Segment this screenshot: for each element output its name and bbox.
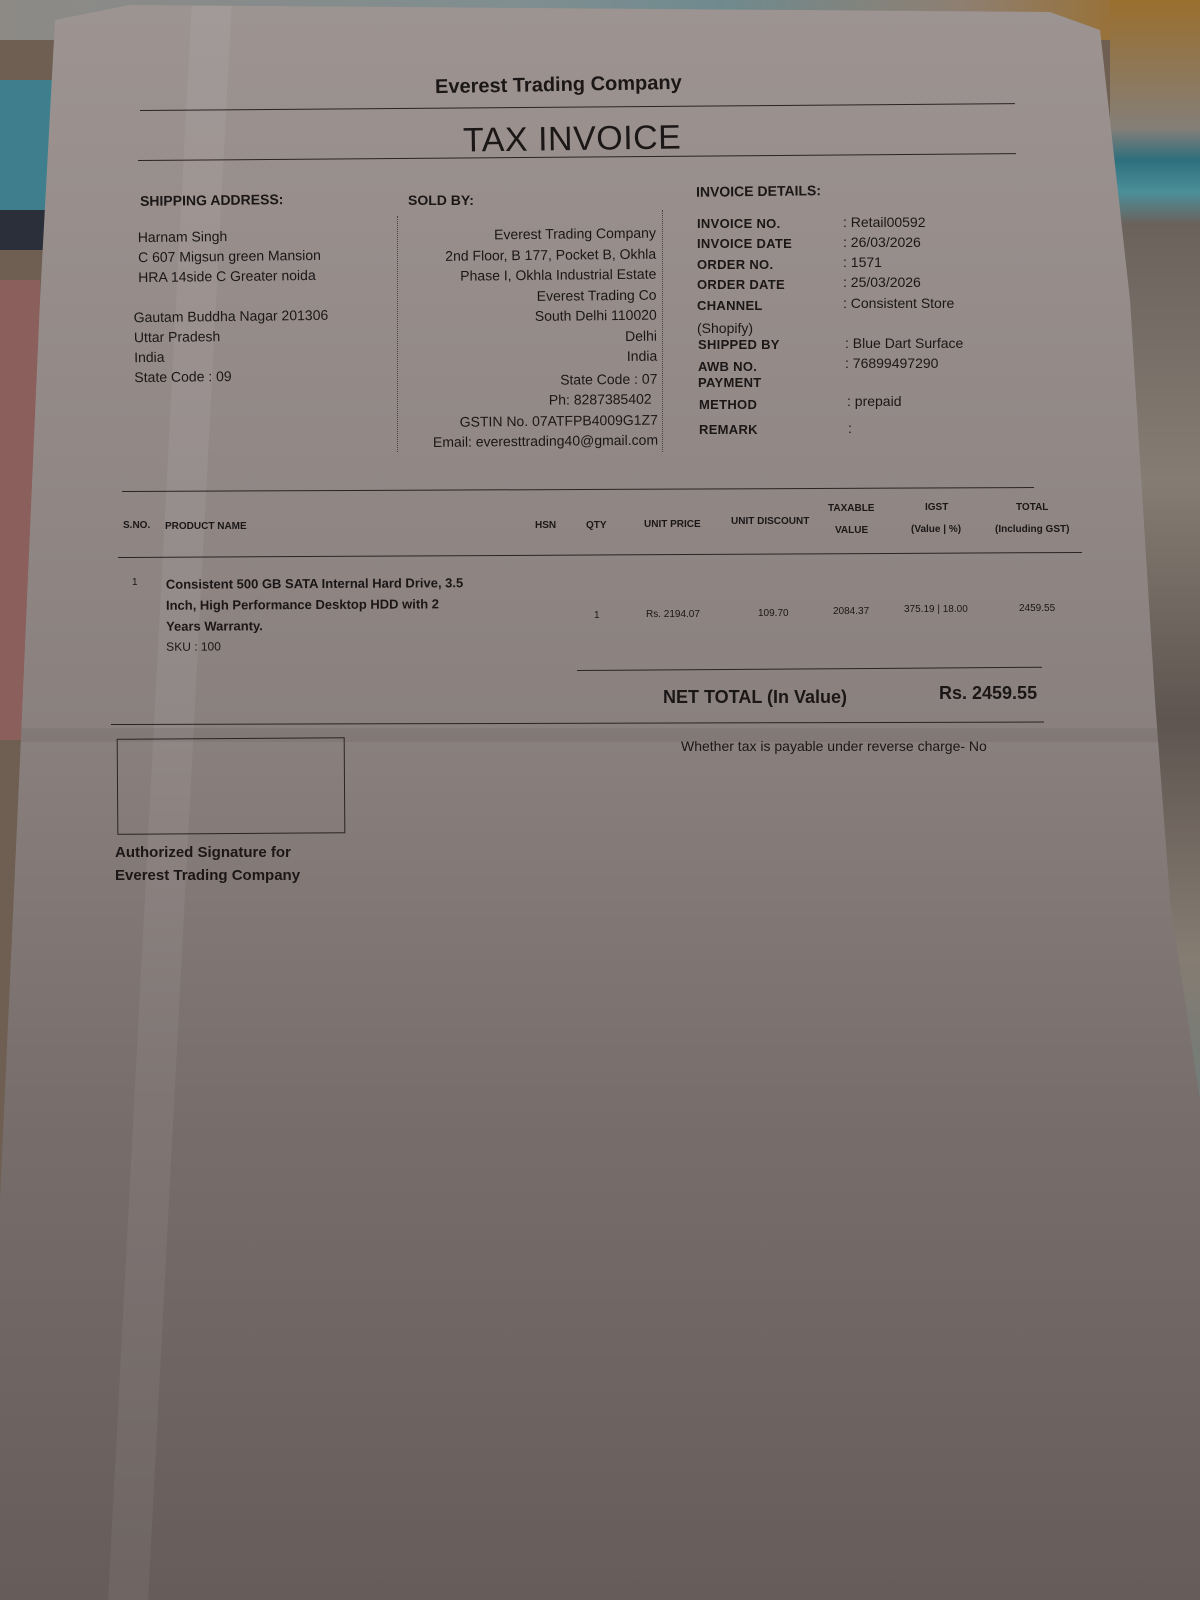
shipping-address-heading: SHIPPING ADDRESS: <box>140 191 284 209</box>
sold-by-heading: SOLD BY: <box>408 192 474 208</box>
col-total-line1: TOTAL <box>1016 502 1048 513</box>
col-unit-discount: UNIT DISCOUNT <box>731 516 809 527</box>
shipped-by-value: : Blue Dart Surface <box>845 335 963 351</box>
col-taxable-line1: TAXABLE <box>828 503 874 514</box>
awb-no-value: : 76899497290 <box>845 355 938 371</box>
net-total-rule-top <box>577 667 1042 671</box>
shipping-address-block-2: Gautam Buddha Nagar 201306 Uttar Pradesh… <box>134 305 330 387</box>
invoice-no-label: INVOICE NO. <box>697 216 780 231</box>
net-total-value: Rs. 2459.55 <box>939 683 1037 704</box>
shipped-by-label: SHIPPED BY <box>698 337 780 352</box>
remark-label: REMARK <box>699 422 758 437</box>
company-name-header: Everest Trading Company <box>435 72 682 99</box>
channel-value: : Consistent Store <box>843 295 954 311</box>
address-city-pin: Gautam Buddha Nagar 201306 <box>134 305 329 327</box>
seller-line: Everest Trading Company <box>394 223 656 246</box>
row-igst: 375.19 | 18.00 <box>904 604 968 615</box>
payment-method-value: : prepaid <box>847 393 901 409</box>
seller-line: 2nd Floor, B 177, Pocket B, Okhla <box>394 243 656 266</box>
net-total-label: NET TOTAL (In Value) <box>663 687 847 708</box>
seller-line: Phase I, Okhla Industrial Estate <box>394 264 656 287</box>
invoice-details-heading: INVOICE DETAILS: <box>696 182 821 200</box>
seller-line: Everest Trading Co <box>394 284 656 307</box>
channel-suffix: (Shopify) <box>697 320 753 336</box>
document-title: TAX INVOICE <box>463 118 682 160</box>
row-sno: 1 <box>132 577 138 588</box>
seller-phone: Ph: 8287385402 <box>396 389 658 412</box>
seller-line: Delhi <box>395 325 657 348</box>
product-name-line3: Years Warranty. <box>166 614 464 637</box>
seller-line: South Delhi 110020 <box>395 305 657 328</box>
row-qty: 1 <box>594 610 600 621</box>
row-unit-price: Rs. 2194.07 <box>646 609 700 620</box>
table-rule-header <box>118 552 1082 558</box>
col-igst-line2: (Value | %) <box>911 524 961 535</box>
invoice-date-value: : 26/03/2026 <box>843 234 921 250</box>
order-no-label: ORDER NO. <box>697 257 773 272</box>
signature-box <box>117 737 346 835</box>
row-product-name: Consistent 500 GB SATA Internal Hard Dri… <box>166 572 464 658</box>
seller-email: Email: everesttrading40@gmail.com <box>396 430 658 453</box>
net-total-rule-bottom <box>111 722 1044 725</box>
signature-label-line2: Everest Trading Company <box>115 864 300 887</box>
sold-by-right-divider <box>662 210 663 452</box>
col-total-line2: (Including GST) <box>995 524 1069 535</box>
product-name-line2: Inch, High Performance Desktop HDD with … <box>166 593 464 616</box>
col-taxable-line2: VALUE <box>835 525 868 536</box>
awb-no-label: AWB NO. <box>698 359 757 374</box>
remark-value: : <box>848 420 852 436</box>
channel-label: CHANNEL <box>697 298 763 313</box>
seller-line: India <box>395 346 657 369</box>
customer-name: Harnam Singh <box>138 225 321 247</box>
header-rule-top <box>140 103 1015 111</box>
col-qty: QTY <box>586 520 607 531</box>
product-sku: SKU : 100 <box>166 635 464 658</box>
payment-label-line2: METHOD <box>699 397 757 412</box>
col-unit-price: UNIT PRICE <box>644 519 701 530</box>
seller-gstin: GSTIN No. 07ATFPB4009G1Z7 <box>396 409 658 432</box>
signature-label-line1: Authorized Signature for <box>115 841 300 864</box>
order-date-label: ORDER DATE <box>697 277 785 292</box>
payment-label-line1: PAYMENT <box>698 375 762 390</box>
address-state: Uttar Pradesh <box>134 325 329 347</box>
row-taxable-value: 2084.37 <box>833 606 869 617</box>
col-igst-line1: IGST <box>925 502 948 513</box>
table-rule-top <box>122 487 1034 492</box>
invoice-paper: Everest Trading Company TAX INVOICE SHIP… <box>0 0 1200 1600</box>
sold-by-block: Everest Trading Company 2nd Floor, B 177… <box>394 223 658 453</box>
shipping-address-block: Harnam Singh C 607 Migsun green Mansion … <box>138 225 322 287</box>
signature-label: Authorized Signature for Everest Trading… <box>115 841 300 887</box>
order-date-value: : 25/03/2026 <box>843 274 921 290</box>
product-name-line1: Consistent 500 GB SATA Internal Hard Dri… <box>166 572 464 595</box>
address-country: India <box>134 345 329 367</box>
address-state-code: State Code : 09 <box>134 365 329 387</box>
col-sno: S.NO. <box>123 520 150 531</box>
address-line2: HRA 14side C Greater noida <box>138 265 321 287</box>
invoice-no-value: : Retail00592 <box>843 214 926 230</box>
row-total: 2459.55 <box>1019 603 1055 614</box>
col-product-name: PRODUCT NAME <box>165 521 247 532</box>
row-unit-discount: 109.70 <box>758 608 789 619</box>
reverse-charge-note: Whether tax is payable under reverse cha… <box>681 738 987 754</box>
order-no-value: : 1571 <box>843 254 882 270</box>
invoice-date-label: INVOICE DATE <box>697 236 792 251</box>
address-line1: C 607 Migsun green Mansion <box>138 245 321 267</box>
col-hsn: HSN <box>535 520 556 531</box>
seller-line: State Code : 07 <box>395 368 657 391</box>
